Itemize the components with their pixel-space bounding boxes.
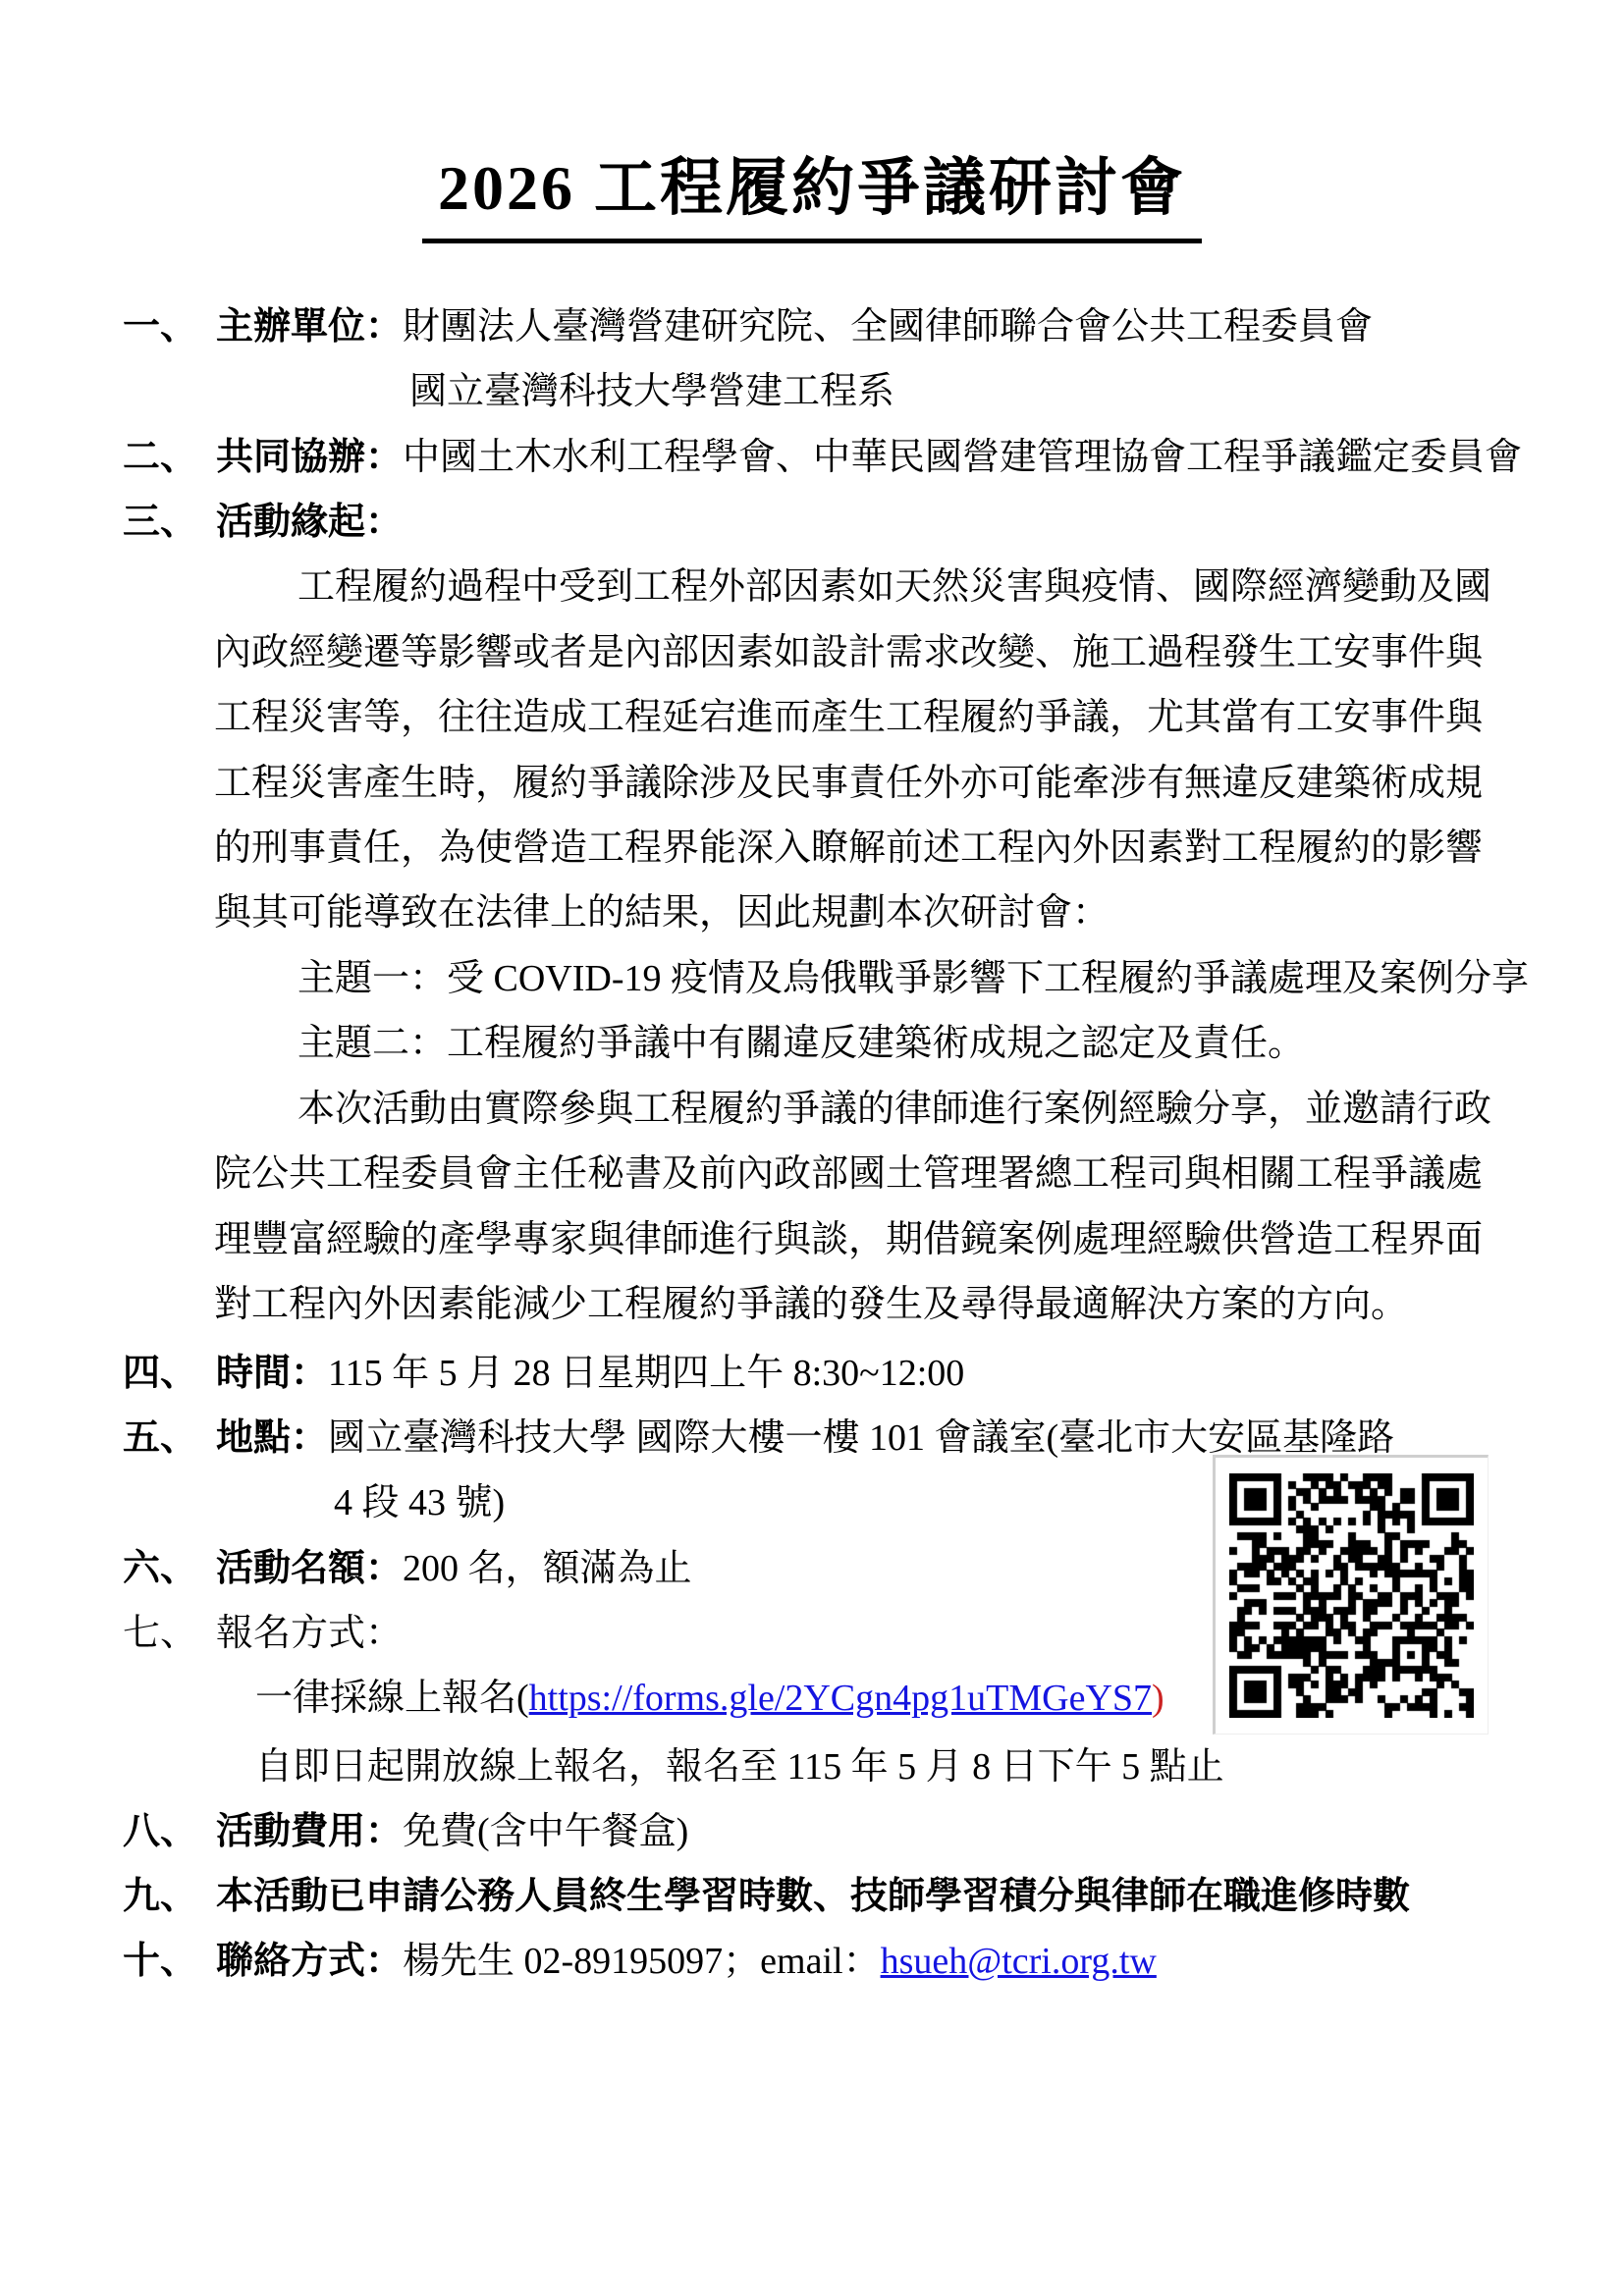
text-run: 財團法人臺灣營建研究院、全國律師聯合會公共工程委員會 — [403, 306, 1373, 347]
doc-line: 國立臺灣科技大學營建工程系 — [409, 359, 894, 424]
item-label: 活動費用： — [216, 1811, 403, 1852]
text-run: 工程災害產生時，履約爭議除涉及民事責任外亦可能牽涉有無違反建築術成規 — [214, 763, 1483, 804]
registration-link[interactable]: https://forms.gle/2YCgn4pg1uTMGeYS7 — [529, 1678, 1152, 1719]
text-run: 工程履約過程中受到工程外部因素如天然災害與疫情、國際經濟變動及國 — [298, 566, 1491, 608]
text-run: 中國土木水利工程學會、中華民國營建管理協會工程爭議鑑定委員會 — [403, 437, 1522, 478]
text-run: 一律採線上報名( — [255, 1678, 529, 1719]
item-number: 十、 — [123, 1929, 216, 1994]
item-label: 本活動已申請公務人員終生學習時數、技師學習積分與律師在職進修時數 — [216, 1876, 1410, 1917]
doc-line: 八、活動費用：免費(含中午餐盒) — [123, 1799, 688, 1864]
doc-line: 一律採線上報名(https://forms.gle/2YCgn4pg1uTMGe… — [255, 1666, 1164, 1731]
item-label: 地點： — [216, 1417, 328, 1459]
doc-line: 工程履約過程中受到工程外部因素如天然災害與疫情、國際經濟變動及國 — [298, 555, 1491, 619]
title-row: 2026 工程履約爭議研討會 — [0, 143, 1624, 243]
doc-line: 與其可能導致在法律上的結果，因此規劃本次研討會： — [214, 881, 1110, 945]
text-run: 報名方式： — [216, 1613, 403, 1654]
doc-line: 六、活動名額：200 名，額滿為止 — [123, 1536, 692, 1601]
text-run: 對工程內外因素能減少工程履約爭議的發生及尋得最適解決方案的方向。 — [214, 1284, 1408, 1325]
doc-line: 院公共工程委員會主任秘書及前內政部國土管理署總工程司與相關工程爭議處 — [214, 1142, 1483, 1206]
text-run: 內政經變遷等影響或者是內部因素如設計需求改變、施工過程發生工安事件與 — [214, 632, 1483, 673]
registration-qr-code — [1229, 1473, 1474, 1718]
doc-line: 自即日起開放線上報名，報名至 115 年 5 月 8 日下午 5 點止 — [255, 1735, 1224, 1799]
text-run: 本次活動由實際參與工程履約爭議的律師進行案例經驗分享，並邀請行政 — [298, 1089, 1491, 1130]
text-run: 理豐富經驗的產學專家與律師進行與談，期借鏡案例處理經驗供營造工程界面 — [214, 1219, 1483, 1260]
page-title: 2026 工程履約爭議研討會 — [422, 143, 1202, 243]
item-label: 活動緣起： — [216, 502, 403, 543]
item-number: 八、 — [123, 1799, 216, 1864]
item-label: 主辦單位： — [216, 306, 403, 347]
item-number: 三、 — [123, 490, 216, 555]
text-run: 免費(含中午餐盒) — [403, 1811, 688, 1852]
item-number: 九、 — [123, 1864, 216, 1929]
item-label: 共同協辦： — [216, 437, 403, 478]
email-link[interactable]: hsueh@tcri.org.tw — [881, 1941, 1157, 1982]
doc-line: 十、聯絡方式：楊先生 02-89195097；email：hsueh@tcri.… — [123, 1929, 1157, 1994]
doc-line: 七、報名方式： — [123, 1601, 403, 1666]
doc-line: 本次活動由實際參與工程履約爭議的律師進行案例經驗分享，並邀請行政 — [298, 1077, 1491, 1142]
text-run: 國立臺灣科技大學營建工程系 — [409, 371, 894, 412]
doc-line: 工程災害產生時，履約爭議除涉及民事責任外亦可能牽涉有無違反建築術成規 — [214, 751, 1483, 816]
qr-image-frame — [1213, 1455, 1489, 1735]
doc-line: 理豐富經驗的產學專家與律師進行與談，期借鏡案例處理經驗供營造工程界面 — [214, 1207, 1483, 1272]
doc-line: 主題二：工程履約爭議中有關違反建築術成規之認定及責任。 — [298, 1011, 1305, 1076]
doc-line: 對工程內外因素能減少工程履約爭議的發生及尋得最適解決方案的方向。 — [214, 1272, 1408, 1337]
item-label: 活動名額： — [216, 1548, 403, 1589]
text-run: 自即日起開放線上報名，報名至 115 年 5 月 8 日下午 5 點止 — [255, 1746, 1224, 1788]
doc-line: 4 段 43 號) — [334, 1470, 505, 1535]
doc-line: 工程災害等，往往造成工程延宕進而產生工程履約爭議，尤其當有工安事件與 — [214, 685, 1483, 750]
text-run: 4 段 43 號) — [334, 1482, 505, 1523]
item-number: 六、 — [123, 1536, 216, 1601]
text-run: 與其可能導致在法律上的結果，因此規劃本次研討會： — [214, 892, 1110, 934]
text-run: 115 年 5 月 28 日星期四上午 8:30~12:00 — [328, 1353, 964, 1394]
doc-line: 四、時間：115 年 5 月 28 日星期四上午 8:30~12:00 — [123, 1341, 964, 1406]
item-number: 二、 — [123, 425, 216, 490]
doc-line: 的刑事責任，為使營造工程界能深入瞭解前述工程內外因素對工程履約的影響 — [214, 816, 1483, 881]
doc-line: 二、共同協辦：中國土木水利工程學會、中華民國營建管理協會工程爭議鑑定委員會 — [123, 425, 1522, 490]
item-number: 五、 — [123, 1406, 216, 1470]
doc-line: 內政經變遷等影響或者是內部因素如設計需求改變、施工過程發生工安事件與 — [214, 620, 1483, 685]
doc-line: 一、主辦單位：財團法人臺灣營建研究院、全國律師聯合會公共工程委員會 — [123, 294, 1373, 359]
text-run: 主題二：工程履約爭議中有關違反建築術成規之認定及責任。 — [298, 1023, 1305, 1064]
document-page: 2026 工程履約爭議研討會 一、主辦單位：財團法人臺灣營建研究院、全國律師聯合… — [0, 0, 1624, 2296]
text-run: 楊先生 02-89195097；email： — [403, 1941, 881, 1982]
text-run: 工程災害等，往往造成工程延宕進而產生工程履約爭議，尤其當有工安事件與 — [214, 697, 1483, 738]
text-run: ) — [1152, 1678, 1164, 1719]
text-run: 的刑事責任，為使營造工程界能深入瞭解前述工程內外因素對工程履約的影響 — [214, 828, 1483, 869]
item-label: 聯絡方式： — [216, 1941, 403, 1982]
item-label: 時間： — [216, 1353, 328, 1394]
item-number: 一、 — [123, 294, 216, 359]
item-number: 七、 — [123, 1601, 216, 1666]
doc-line: 三、活動緣起： — [123, 490, 403, 555]
text-run: 主題一：受 COVID-19 疫情及烏俄戰爭影響下工程履約爭議處理及案例分享 — [298, 958, 1529, 999]
doc-line: 九、本活動已申請公務人員終生學習時數、技師學習積分與律師在職進修時數 — [123, 1864, 1410, 1929]
doc-line: 主題一：受 COVID-19 疫情及烏俄戰爭影響下工程履約爭議處理及案例分享 — [298, 946, 1529, 1011]
item-number: 四、 — [123, 1341, 216, 1406]
text-run: 院公共工程委員會主任秘書及前內政部國土管理署總工程司與相關工程爭議處 — [214, 1153, 1483, 1195]
text-run: 國立臺灣科技大學 國際大樓一樓 101 會議室(臺北市大安區基隆路 — [328, 1417, 1394, 1459]
doc-line: 五、地點：國立臺灣科技大學 國際大樓一樓 101 會議室(臺北市大安區基隆路 — [123, 1406, 1394, 1470]
text-run: 200 名，額滿為止 — [403, 1548, 692, 1589]
